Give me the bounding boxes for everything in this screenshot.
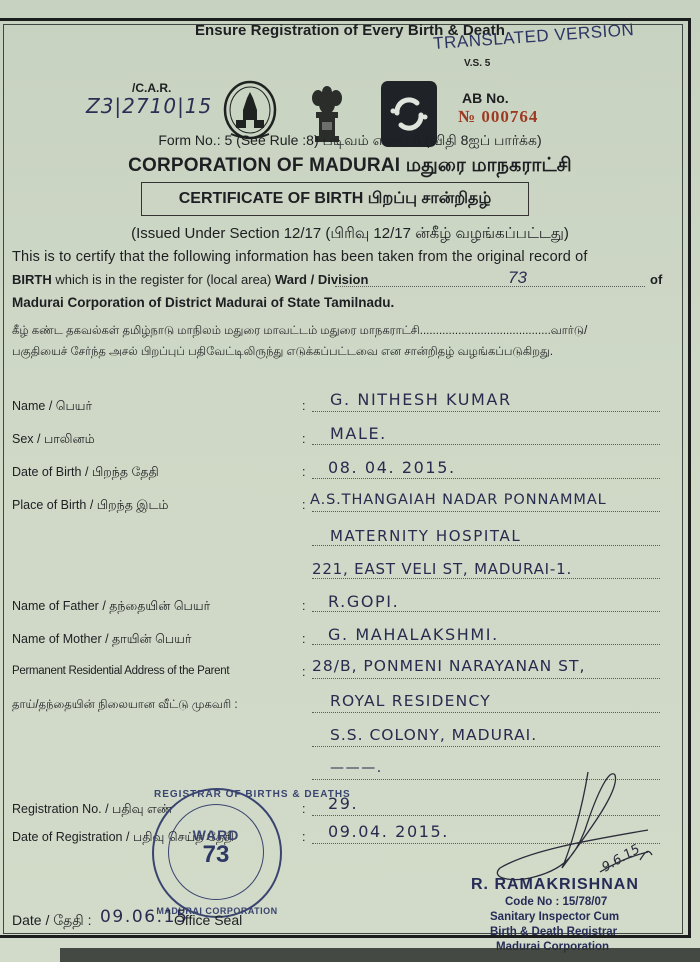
ward-dotted-line xyxy=(335,286,645,287)
address-label-en: Permanent Residential Address of the Par… xyxy=(12,665,229,677)
colon: : xyxy=(302,802,305,816)
colon: : xyxy=(302,432,305,446)
registrar-role-line2: Birth & Death Registrar xyxy=(490,926,617,938)
colon: : xyxy=(302,599,305,613)
ab-number-label: AB No. xyxy=(462,90,509,106)
colon: : xyxy=(302,830,305,844)
sex-label: Sex / பாலினம் xyxy=(12,432,95,448)
place-dotted-line-2 xyxy=(312,545,660,546)
tamil-certify-line1: கீழ் கண்ட தகவல்கள் தமிழ்நாடு மாநிலம் மது… xyxy=(12,325,680,339)
dob-value: 08. 04. 2015. xyxy=(328,458,456,477)
address-line2: ROYAL RESIDENCY xyxy=(330,692,491,710)
place-of-birth-label: Place of Birth / பிறந்த இடம் xyxy=(12,498,168,514)
certify-text-line3: Madurai Corporation of District Madurai … xyxy=(12,295,680,310)
address-dotted-line-1 xyxy=(312,678,660,679)
car-value: Z3|2710|15 xyxy=(86,94,212,118)
serial-number: № 000764 xyxy=(458,107,538,127)
address-line3: S.S. COLONY, MADURAI. xyxy=(330,726,537,744)
child-name-value: G. NITHESH KUMAR xyxy=(330,390,512,409)
place-dotted-line-3 xyxy=(312,578,660,579)
of-word: of xyxy=(650,272,662,287)
address-line4: ———. xyxy=(330,760,383,776)
seal-inner-ring: WARD 73 xyxy=(168,804,264,900)
office-seal-stamp: REGISTRAR OF BIRTHS & DEATHS WARD 73 MAD… xyxy=(152,788,282,918)
form-number: Form No.: 5 (See Rule :8) படிவம் எண் : 5… xyxy=(0,132,700,151)
father-name-value: R.GOPI. xyxy=(328,592,399,611)
seal-top-text: REGISTRAR OF BIRTHS & DEATHS xyxy=(154,789,280,800)
vs-label: V.S. 5 xyxy=(464,58,490,69)
colon: : xyxy=(302,399,305,413)
place-of-birth-line2: MATERNITY HOSPITAL xyxy=(330,527,521,545)
bottom-shadow-strip xyxy=(60,948,700,962)
place-dotted-line-1 xyxy=(312,511,660,512)
tamil-certify-line2: பகுதியைச் சேர்ந்த அசல் பிறப்புப் பதிவேட்… xyxy=(12,346,553,360)
sex-value: MALE. xyxy=(330,424,387,443)
mother-name-label: Name of Mother / தாயின் பெயர் xyxy=(12,632,191,648)
register-text: which is in the register for (local area… xyxy=(52,272,275,287)
address-dotted-line-3 xyxy=(312,746,660,747)
name-label: Name / பெயர் xyxy=(12,399,92,415)
birth-word: BIRTH xyxy=(12,272,52,287)
registration-date-value: 09.04. 2015. xyxy=(328,822,449,841)
signature-date: 9.6.15 xyxy=(600,842,643,876)
ward-value: 73 xyxy=(508,268,527,288)
registrar-code: Code No : 15/78/07 xyxy=(505,896,607,908)
father-dotted-line xyxy=(312,611,660,612)
certify-text-line1: This is to certify that the following in… xyxy=(12,249,680,265)
colon: : xyxy=(302,632,305,646)
registrar-signature: 9.6.15 xyxy=(470,760,700,890)
father-name-label: Name of Father / தந்தையின் பெயர் xyxy=(12,599,210,615)
dob-label: Date of Birth / பிறந்த தேதி xyxy=(12,465,159,481)
registration-no-label: Registration No. / பதிவு எண் xyxy=(12,802,173,818)
mother-dotted-line xyxy=(312,644,660,645)
colon: : xyxy=(302,465,305,479)
name-dotted-line xyxy=(312,411,660,412)
issue-date-label: Date / தேதி : xyxy=(12,912,92,931)
colon: : xyxy=(302,665,305,679)
registrar-role-line1: Sanitary Inspector Cum xyxy=(490,911,619,923)
address-label-ta: தாய்/தந்தையின் நிலையான வீட்டு முகவரி : xyxy=(12,699,238,713)
office-seal-label: Office Seal xyxy=(174,912,242,928)
place-of-birth-line3: 221, EAST VELI ST, MADURAI-1. xyxy=(312,560,572,578)
address-dotted-line-2 xyxy=(312,712,660,713)
certify-text-line2: BIRTH which is in the register for (loca… xyxy=(12,272,680,287)
place-of-birth-line1: A.S.THANGAIAH NADAR PONNAMMAL xyxy=(310,492,607,508)
sex-dotted-line xyxy=(312,444,660,445)
corporation-title: CORPORATION OF MADURAI மதுரை மாநகராட்சி xyxy=(0,155,700,179)
seal-ward-number: 73 xyxy=(169,841,263,869)
dob-dotted-line xyxy=(312,478,660,479)
address-line1: 28/B, PONMENI NARAYANAN ST, xyxy=(312,657,585,675)
registrar-name: R. RAMAKRISHNAN xyxy=(471,876,639,894)
car-label: /C.A.R. xyxy=(132,81,171,95)
colon: : xyxy=(302,498,305,512)
birth-certificate-page: Ensure Registration of Every Birth & Dea… xyxy=(0,0,700,962)
mother-name-value: G. MAHALAKSHMI. xyxy=(328,625,499,644)
certificate-title: CERTIFICATE OF BIRTH பிறப்பு சான்றிதழ் xyxy=(141,182,529,216)
issued-under-section: (Issued Under Section 12/17 (பிரிவு 12/1… xyxy=(0,225,700,244)
ward-division-label: Ward / Division xyxy=(275,272,368,287)
